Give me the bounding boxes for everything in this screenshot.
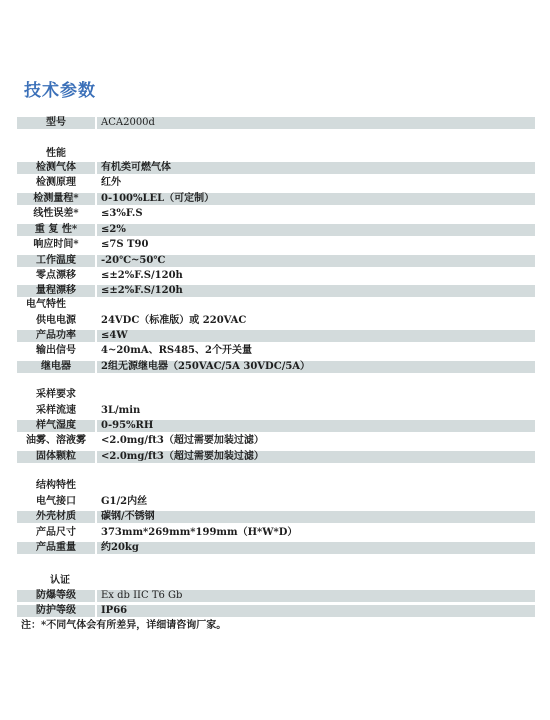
spec-value: ≤7S T90 [97, 239, 535, 251]
section-header-performance: 性能 [46, 148, 66, 160]
spec-row: 继电器2组无源继电器（250VAC/5A 30VDC/5A） [17, 361, 535, 373]
spec-value: 4~20mA、RS485、2个开关量 [97, 345, 535, 357]
spec-value: ≤3%F.S [97, 208, 535, 220]
spec-row: 供电电源24VDC（标准版）或 220VAC [17, 315, 535, 327]
spec-label: 响应时间* [17, 239, 95, 251]
spec-value: ACA2000d [97, 117, 535, 129]
spec-label: 重 复 性* [17, 224, 95, 236]
spec-row: 响应时间*≤7S T90 [17, 239, 535, 251]
spec-label: 产品功率 [17, 330, 95, 342]
spec-value: 2组无源继电器（250VAC/5A 30VDC/5A） [97, 361, 535, 373]
spec-row: 检测原理红外 [17, 177, 535, 189]
spec-value: IP66 [97, 605, 535, 617]
spec-row: 防护等级IP66 [17, 605, 535, 617]
spec-row: 产品尺寸373mm*269mm*199mm（H*W*D） [17, 527, 535, 539]
spec-row: 工作温度-20℃~50℃ [17, 255, 535, 267]
spec-value: G1/2内丝 [97, 496, 535, 508]
spec-label: 防爆等级 [17, 590, 95, 602]
spec-row: 电气接口G1/2内丝 [17, 496, 535, 508]
spec-label: 型号 [17, 117, 95, 129]
footnote: 注：*不同气体会有所差异，详细请咨询厂家。 [21, 620, 226, 632]
spec-label: 检测原理 [17, 177, 95, 189]
spec-label: 供电电源 [17, 315, 95, 327]
spec-value: <2.0mg/ft3（超过需要加装过滤） [97, 451, 535, 463]
spec-label: 固体颗粒 [17, 451, 95, 463]
spec-row: 重 复 性*≤2% [17, 224, 535, 236]
spec-value: ≤±2%F.S/120h [97, 285, 535, 297]
section-header-electrical: 电气特性 [26, 299, 66, 311]
spec-value: 红外 [97, 177, 535, 189]
spec-label: 线性误差* [17, 208, 95, 220]
spec-row: 输出信号4~20mA、RS485、2个开关量 [17, 345, 535, 357]
spec-value: 碳钢/不锈钢 [97, 511, 535, 523]
spec-row: 外壳材质碳钢/不锈钢 [17, 511, 535, 523]
spec-value: ≤±2%F.S/120h [97, 270, 535, 282]
spec-label: 零点漂移 [17, 270, 95, 282]
spec-value: ≤4W [97, 330, 535, 342]
spec-label: 产品重量 [17, 542, 95, 554]
spec-label: 油雾、溶液雾 [17, 435, 95, 447]
section-header-certification: 认证 [50, 575, 70, 587]
section-header-sampling: 采样要求 [36, 389, 76, 401]
spec-value: 24VDC（标准版）或 220VAC [97, 315, 535, 327]
spec-value: 有机类可燃气体 [97, 162, 535, 174]
spec-label: 样气湿度 [17, 420, 95, 432]
spec-label: 采样流速 [17, 405, 95, 417]
spec-value: 0-100%LEL（可定制） [97, 193, 535, 205]
spec-value: 0-95%RH [97, 420, 535, 432]
spec-value: 约20kg [97, 542, 535, 554]
spec-value: 3L/min [97, 405, 535, 417]
spec-label: 电气接口 [17, 496, 95, 508]
spec-row: 产品功率≤4W [17, 330, 535, 342]
spec-label: 外壳材质 [17, 511, 95, 523]
spec-row: 采样流速3L/min [17, 405, 535, 417]
spec-row: 固体颗粒<2.0mg/ft3（超过需要加装过滤） [17, 451, 535, 463]
spec-row: 防爆等级Ex db IIC T6 Gb [17, 590, 535, 602]
spec-label: 检测气体 [17, 162, 95, 174]
spec-label: 产品尺寸 [17, 527, 95, 539]
spec-row: 线性误差*≤3%F.S [17, 208, 535, 220]
spec-label: 输出信号 [17, 345, 95, 357]
spec-row: 产品重量约20kg [17, 542, 535, 554]
spec-value: ≤2% [97, 224, 535, 236]
spec-value: -20℃~50℃ [97, 255, 535, 267]
spec-row: 油雾、溶液雾<2.0mg/ft3（超过需要加装过滤） [17, 435, 535, 447]
spec-label: 量程漂移 [17, 285, 95, 297]
spec-row: 零点漂移≤±2%F.S/120h [17, 270, 535, 282]
spec-row: 量程漂移≤±2%F.S/120h [17, 285, 535, 297]
spec-value: Ex db IIC T6 Gb [97, 590, 535, 602]
spec-value: <2.0mg/ft3（超过需要加装过滤） [97, 435, 535, 447]
spec-label: 继电器 [17, 361, 95, 373]
spec-label: 检测量程* [17, 193, 95, 205]
spec-row: 检测量程*0-100%LEL（可定制） [17, 193, 535, 205]
spec-label: 防护等级 [17, 605, 95, 617]
spec-row-model: 型号 ACA2000d [17, 117, 535, 129]
spec-row: 样气湿度0-95%RH [17, 420, 535, 432]
spec-label: 工作温度 [17, 255, 95, 267]
spec-value: 373mm*269mm*199mm（H*W*D） [97, 527, 535, 539]
spec-row: 检测气体有机类可燃气体 [17, 162, 535, 174]
section-header-structure: 结构特性 [36, 480, 76, 492]
page-title: 技术参数 [24, 76, 96, 101]
